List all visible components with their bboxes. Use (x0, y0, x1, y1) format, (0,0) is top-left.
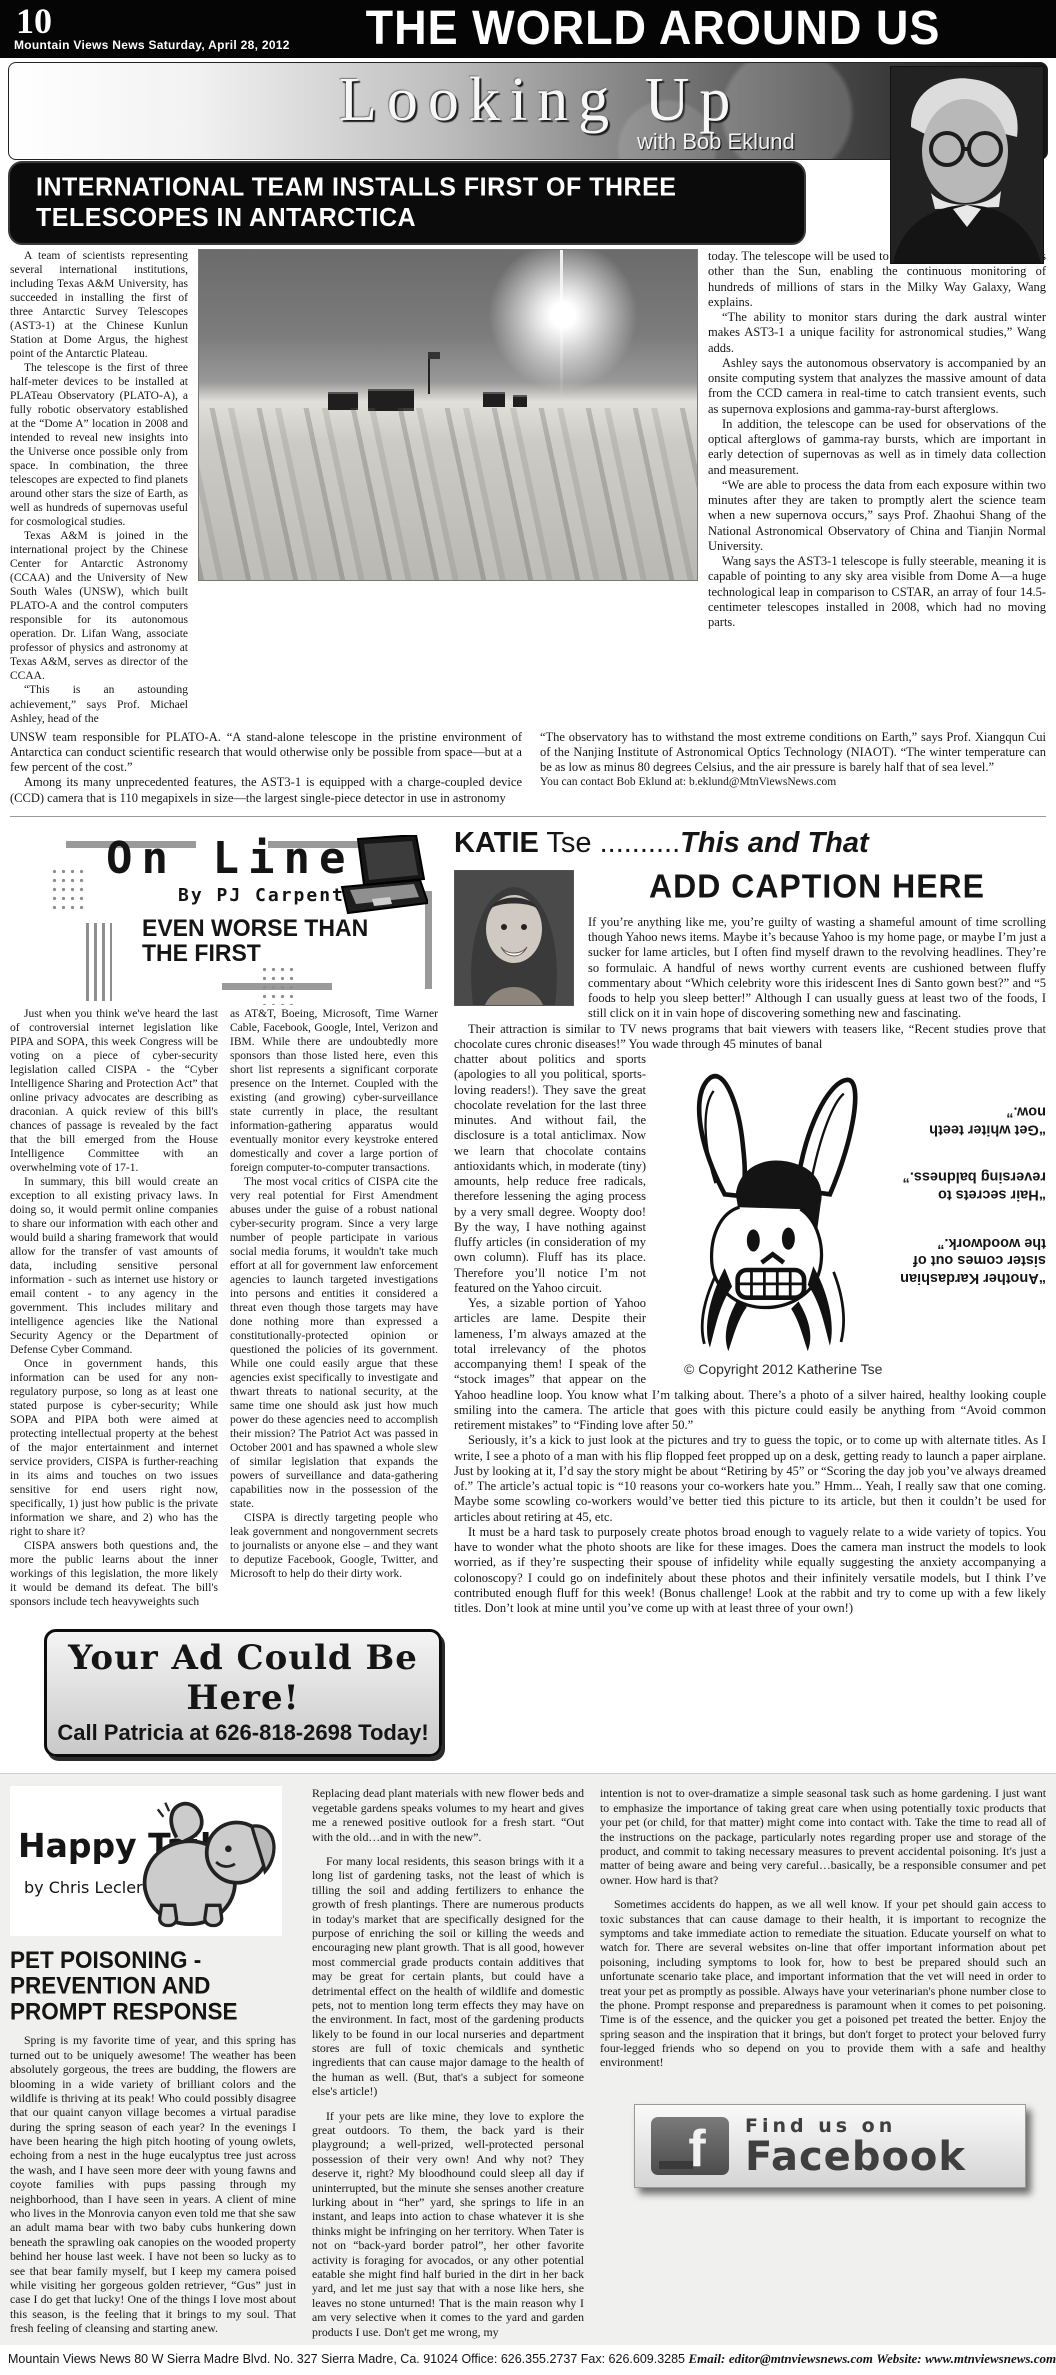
online-logo-block: On Line By PJ Carpenter EVEN WORSE THAN … (10, 825, 438, 1005)
flag (428, 352, 440, 359)
rabbit-figure: “Get whiter teeth now.” “Hair secrets to… (658, 1054, 1046, 1379)
online-column-1: Just when you think we've heard the last… (10, 1007, 218, 1610)
happy-tails-section: Happy Tails by Chris Leclerc PET POISONI… (0, 1773, 1056, 2344)
paragraph: Among its many unprecedented features, t… (10, 775, 522, 806)
paragraph: “We are able to process the data from ea… (708, 478, 1046, 554)
paragraph: Spring is my favorite time of year, and … (10, 2033, 296, 2335)
lines-decoration (86, 923, 112, 1001)
this-and-that-headline: ADD CAPTION HERE (454, 867, 1046, 906)
column-logo-looking-up: Looking Up (339, 65, 740, 136)
rabbit-caption: “Get whiter teeth now.” (896, 1102, 1046, 1137)
antarctica-photo (198, 249, 698, 581)
paragraph: Texas A&M is joined in the international… (10, 529, 188, 683)
equipment-box (483, 392, 505, 407)
paragraph: UNSW team responsible for PLATO-A. “A st… (10, 730, 522, 776)
paragraph: CISPA is directly targeting people who l… (230, 1511, 438, 1581)
footer-email-label: Email: (689, 2351, 726, 2366)
paragraph: Their attraction is similar to TV news p… (454, 1022, 1046, 1053)
laptop-icon (324, 835, 428, 926)
paragraph: “The ability to monitor stars during the… (708, 310, 1046, 356)
column-title: This and That (680, 827, 869, 859)
paragraph: It must be a hard task to purposely crea… (454, 1525, 1046, 1617)
online-article: On Line By PJ Carpenter EVEN WORSE THAN … (10, 825, 438, 1758)
paragraph: The telescope is the first of three half… (10, 361, 188, 529)
snow-tracks (199, 408, 697, 580)
facebook-badge-text: Find us on Facebook (745, 2115, 966, 2177)
facebook-label: Facebook (745, 2137, 966, 2177)
paragraph: For many local residents, this season br… (312, 1854, 584, 2099)
facebook-icon-strip (659, 2161, 693, 2169)
facebook-badge: f Find us on Facebook (634, 2104, 1026, 2188)
equipment-box (368, 389, 414, 411)
column-byline: with Bob Eklund (637, 129, 795, 155)
happy-tails-column-2: Replacing dead plant materials with new … (312, 1786, 584, 2338)
rabbit-caption: “Another Kardashian sister comes out of … (896, 1233, 1046, 1286)
sun-glare (478, 249, 648, 400)
paragraph: “This is an astounding achievement,” say… (10, 683, 188, 725)
paragraph: Ashley says the autonomous observatory i… (708, 356, 1046, 417)
bob-eklund-photo (890, 66, 1044, 264)
equipment-box (513, 395, 527, 407)
paragraph: The most vocal critics of CISPA cite the… (230, 1175, 438, 1511)
dog-illustration (122, 1788, 282, 1941)
paragraph: Replacing dead plant materials with new … (312, 1786, 584, 1844)
paragraph: In addition, the telescope can be used f… (708, 417, 1046, 478)
house-ad: Your Ad Could Be Here! Call Patricia at … (44, 1629, 442, 1757)
this-and-that-article: KATIE Tse ..........This and That ADD CA… (454, 825, 1046, 1758)
page-footer: Mountain Views News 80 W Sierra Madre Bl… (0, 2345, 1056, 2375)
section-title: THE WORLD AROUND US (280, 0, 1026, 56)
this-and-that-body: ADD CAPTION HERE If you’re anything like… (454, 868, 1046, 1617)
dots-decoration (260, 965, 296, 1005)
pet-poisoning-headline: PET POISONING - PREVENTION AND PROMPT RE… (10, 1949, 296, 2026)
ad-phone-line: Call Patricia at 626-818-2698 Today! (51, 1720, 435, 1746)
contact-line: You can contact Bob Eklund at: b.eklund@… (540, 775, 1046, 789)
footer-address: Mountain Views News 80 W Sierra Madre Bl… (8, 2352, 685, 2366)
paragraph: In summary, this bill would create an ex… (10, 1175, 218, 1357)
copyright-line: © Copyright 2012 Katherine Tse (684, 1361, 1046, 1377)
page-header: 10 Mountain Views News Saturday, April 2… (0, 0, 1056, 58)
footer-email: editor@mtnviewsnews.com (729, 2351, 873, 2366)
looking-up-section: Looking Up with Bob Eklund INTERNATIONAL… (8, 62, 1048, 243)
sun-ray (560, 250, 563, 400)
masthead-dateline: Mountain Views News Saturday, April 28, … (14, 38, 290, 52)
online-column-2: as AT&T, Boeing, Microsoft, Time Warner … (230, 1007, 438, 1610)
paragraph: Once in government hands, this informati… (10, 1357, 218, 1539)
happy-tails-column-1: Happy Tails by Chris Leclerc PET POISONI… (10, 1786, 296, 2338)
paragraph: If your pets are like mine, they love to… (312, 2109, 584, 2339)
paragraph: Just when you think we've heard the last… (10, 1007, 218, 1175)
online-text-columns: Just when you think we've heard the last… (10, 1007, 438, 1610)
happy-tails-column-3: intention is not to over-dramatize a sim… (600, 1786, 1046, 2338)
footer-website: www.mtnviewsnews.com (925, 2351, 1056, 2366)
paragraph: Seriously, it’s a kick to just look at t… (454, 1433, 1046, 1525)
paragraph: CISPA answers both questions and, the mo… (10, 1539, 218, 1609)
facebook-f-icon: f (651, 2117, 729, 2175)
author-first-name: KATIE (454, 827, 539, 859)
paragraph: Wang says the AST3-1 telescope is fully … (708, 554, 1046, 630)
dots-decoration (50, 867, 86, 913)
telescope-article: A team of scientists representing severa… (0, 243, 1056, 726)
paragraph: intention is not to over-dramatize a sim… (600, 1786, 1046, 1887)
rabbit-caption: “Hair secrets to reversing baldness.” (896, 1167, 1046, 1202)
rabbit-illustration (658, 1054, 880, 1359)
online-logo-title: On Line (106, 833, 354, 884)
page-number: 10 (16, 0, 52, 42)
telescope-bottom-right: “The observatory has to withstand the mo… (540, 730, 1046, 806)
paragraph: A team of scientists representing severa… (10, 249, 188, 361)
telescope-left-column: A team of scientists representing severa… (10, 249, 188, 726)
rabbit-captions: “Get whiter teeth now.” “Hair secrets to… (880, 1054, 1046, 1286)
equipment-box (328, 392, 358, 410)
telescope-bottom-left: UNSW team responsible for PLATO-A. “A st… (10, 730, 522, 806)
ad-headline: Your Ad Could Be Here! (51, 1638, 435, 1718)
paragraph: Sometimes accidents do happen, as we all… (600, 1897, 1046, 2070)
this-and-that-header: KATIE Tse ..........This and That (454, 827, 1046, 860)
paragraph: as AT&T, Boeing, Microsoft, Time Warner … (230, 1007, 438, 1175)
paragraph: “The observatory has to withstand the mo… (540, 730, 1046, 776)
happy-tails-logo-block: Happy Tails by Chris Leclerc (10, 1786, 282, 1936)
telescope-right-column: today. The telescope will be used to sea… (708, 249, 1046, 726)
author-last-name-dots: Tse .......... (539, 827, 680, 859)
telescope-headline: INTERNATIONAL TEAM INSTALLS FIRST OF THR… (8, 161, 806, 245)
footer-website-label: Website: (876, 2351, 921, 2366)
section-divider (10, 816, 1046, 817)
telescope-article-bottom: UNSW team responsible for PLATO-A. “A st… (0, 726, 1056, 806)
